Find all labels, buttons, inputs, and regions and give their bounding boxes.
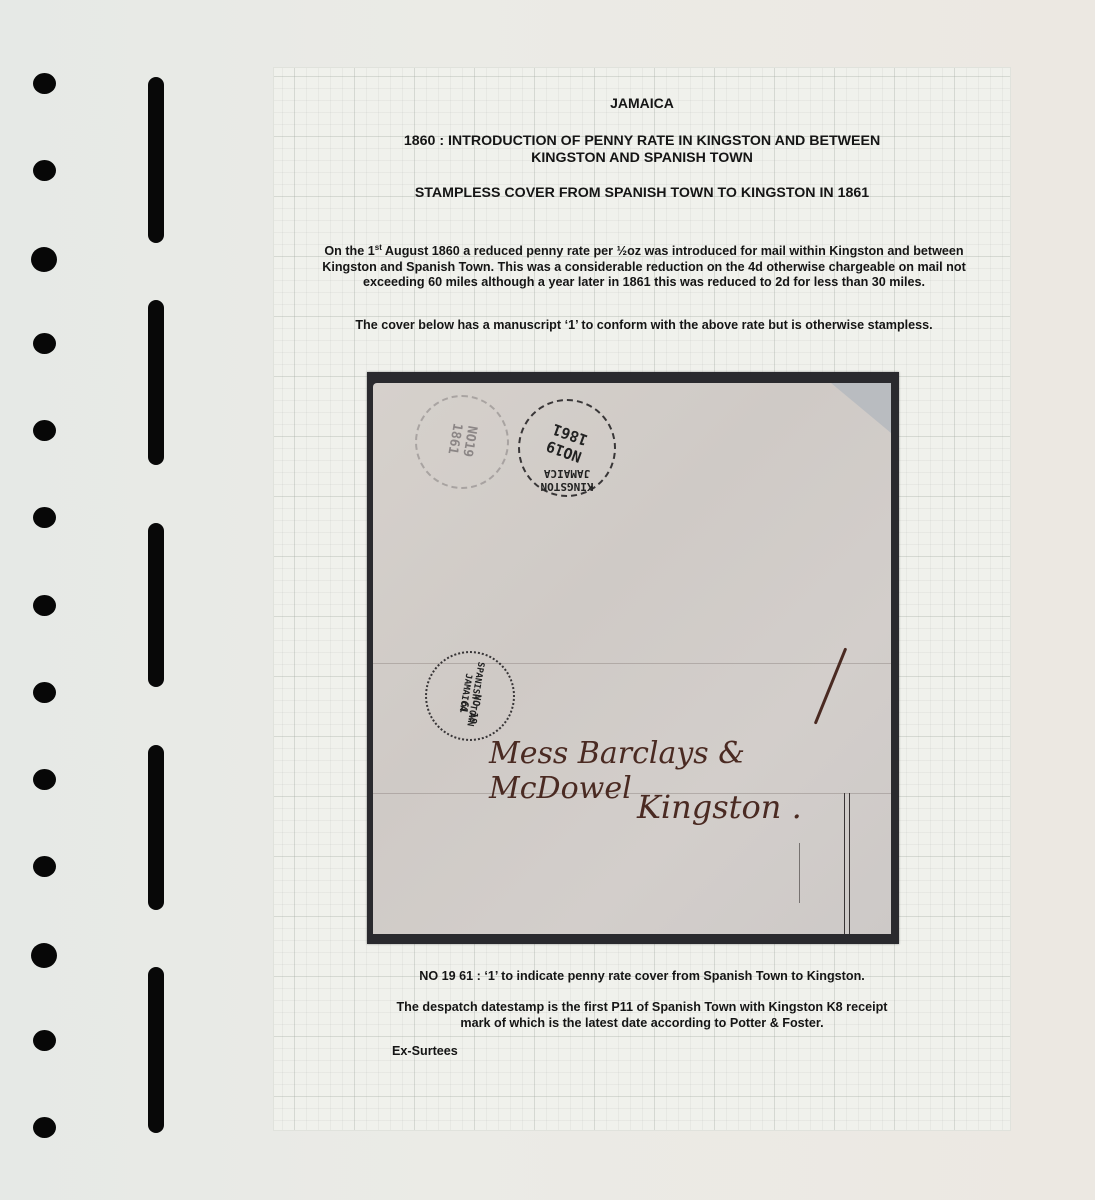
binder-hole — [31, 247, 57, 272]
album-page-panel: JAMAICA 1860 : INTRODUCTION OF PENNY RAT… — [273, 67, 1011, 1131]
cover-rule-line — [849, 793, 850, 934]
binder-slot — [148, 523, 164, 687]
spanish-town-despatch-postmark: SPANISH-TOWN JAMAICA NO 19 61 — [425, 651, 515, 741]
cover-note: The cover below has a manuscript ‘1’ to … — [314, 317, 974, 333]
page-title: JAMAICA — [274, 95, 1010, 111]
binder-hole — [33, 769, 56, 790]
binder-hole — [33, 73, 56, 94]
address-line-2: Kingston . — [637, 788, 802, 826]
binder-hole — [33, 160, 56, 181]
binder-slot — [148, 967, 164, 1133]
cover-rule-line — [799, 843, 800, 903]
caption-date: NO 19 61 : ‘1’ to indicate penny rate co… — [274, 968, 1010, 984]
binder-slot — [148, 745, 164, 910]
subtitle-line-2: KINGSTON AND SPANISH TOWN — [274, 150, 1010, 167]
subtitle-line-1: 1860 : INTRODUCTION OF PENNY RATE IN KIN… — [274, 133, 1010, 150]
cover-corner-fold — [831, 383, 891, 433]
binder-hole — [33, 1030, 56, 1051]
provenance: Ex-Surtees — [392, 1043, 458, 1059]
binder-hole — [31, 943, 57, 968]
kingston-postmark-outer: KINGSTON JAMAICA — [541, 467, 594, 493]
intro-superscript: st — [375, 243, 382, 252]
caption-description: The despatch datestamp is the first P11 … — [274, 999, 1010, 1031]
cover-heading: STAMPLESS COVER FROM SPANISH TOWN TO KIN… — [274, 185, 1010, 201]
caption-description-line-1: The despatch datestamp is the first P11 … — [274, 999, 1010, 1015]
cover-rule-line — [844, 793, 845, 934]
manuscript-rate-mark — [814, 647, 847, 724]
binder-hole — [33, 595, 56, 616]
binder-slot — [148, 300, 164, 465]
stampless-cover: NO19 1861 KINGSTON JAMAICA NO19 1861 SPA… — [373, 383, 891, 934]
faint-postmark-date: NO19 1861 — [443, 413, 481, 467]
kingston-receipt-postmark: KINGSTON JAMAICA NO19 1861 — [518, 399, 616, 497]
cover-mount-frame: NO19 1861 KINGSTON JAMAICA NO19 1861 SPA… — [367, 372, 899, 944]
faint-postmark: NO19 1861 — [415, 395, 509, 489]
binder-hole — [33, 682, 56, 703]
binder-hole — [33, 1117, 56, 1138]
intro-prefix: On the 1 — [324, 244, 374, 258]
binder-hole — [33, 420, 56, 441]
binder-hole — [33, 856, 56, 877]
caption-description-line-2: mark of which is the latest date accordi… — [274, 1015, 1010, 1031]
binder-hole — [33, 333, 56, 354]
binder-hole — [33, 507, 56, 528]
page-subtitle: 1860 : INTRODUCTION OF PENNY RATE IN KIN… — [274, 133, 1010, 167]
binder-slot — [148, 77, 164, 243]
intro-paragraph: On the 1st August 1860 a reduced penny r… — [314, 240, 974, 291]
intro-body: August 1860 a reduced penny rate per ½oz… — [322, 244, 966, 289]
